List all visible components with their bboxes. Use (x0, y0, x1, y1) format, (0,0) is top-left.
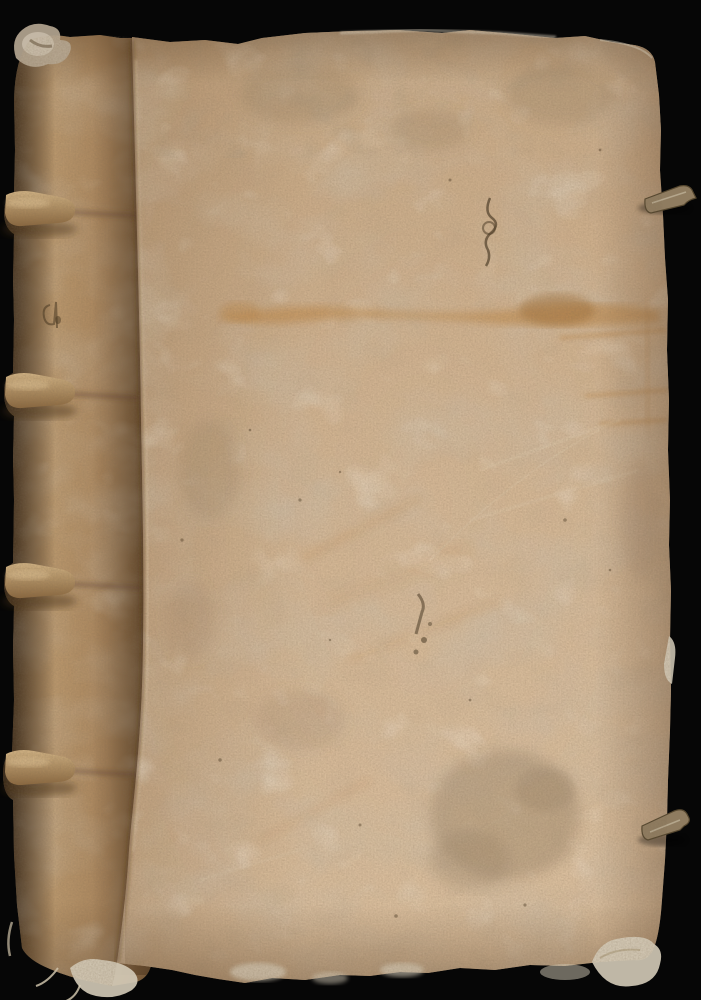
corner-worn-ext (540, 964, 590, 980)
grain-overlay (0, 0, 701, 1000)
book-photo (0, 0, 701, 1000)
photo-stage (0, 0, 701, 1000)
